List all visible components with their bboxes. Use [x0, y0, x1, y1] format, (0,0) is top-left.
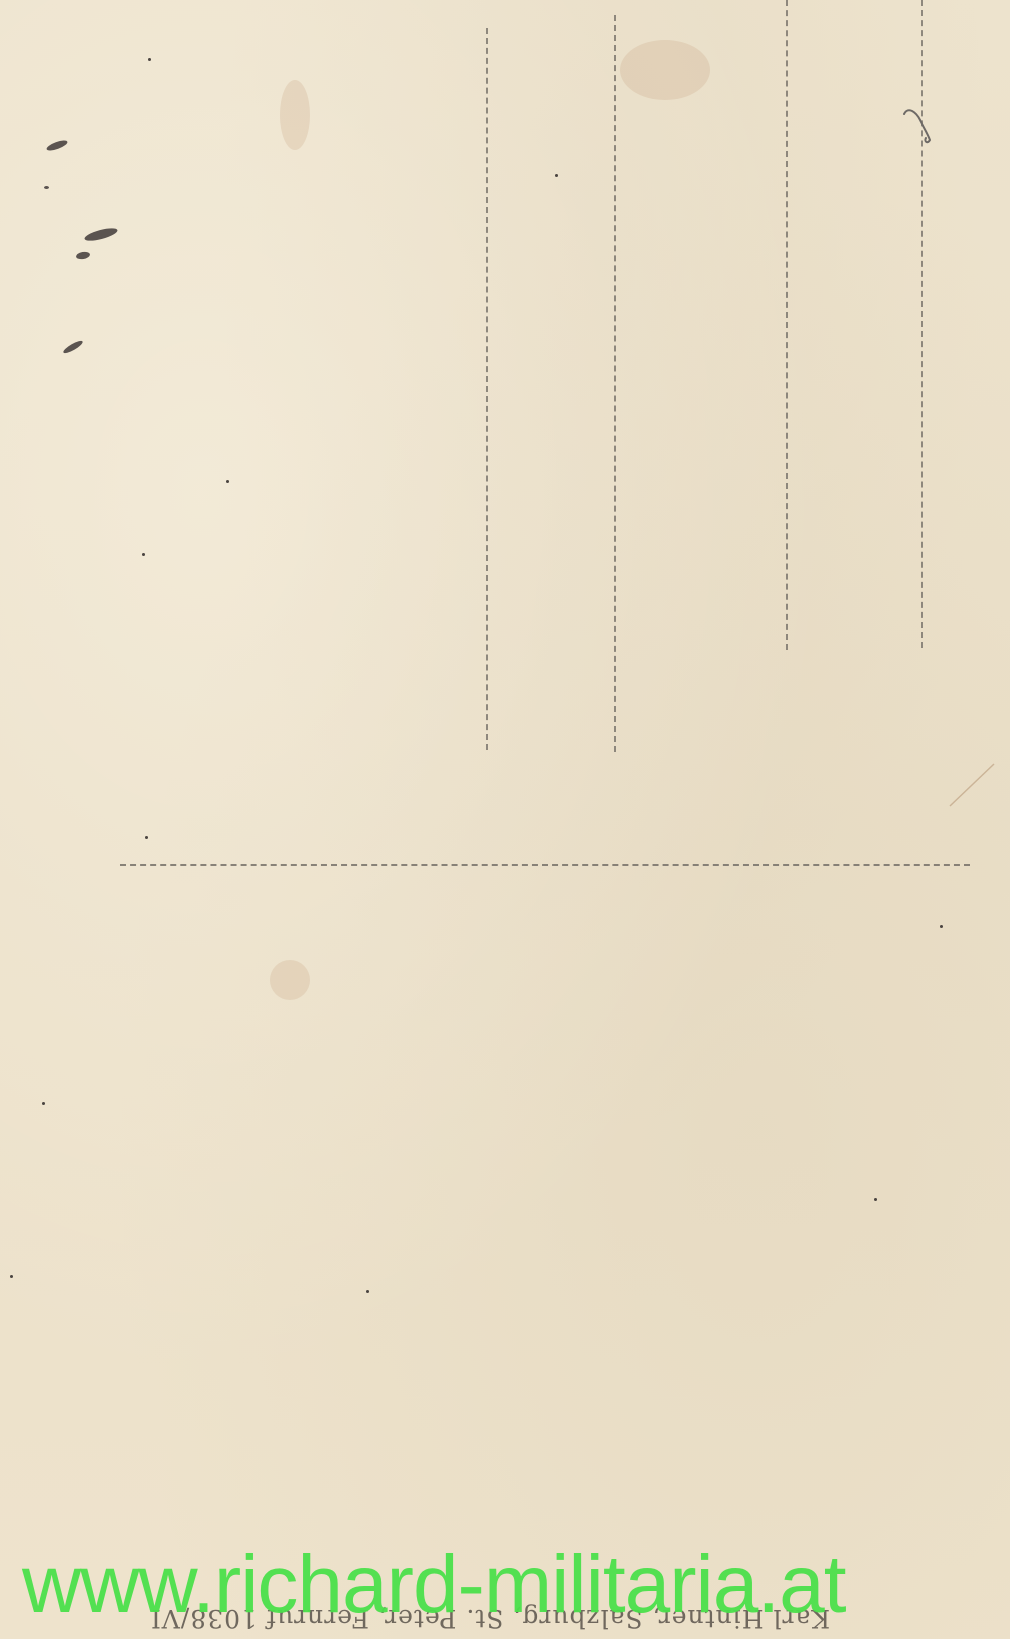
speck: [366, 1290, 369, 1293]
scratch-mark: [940, 760, 1000, 810]
speck: [874, 1198, 877, 1201]
speck: [940, 925, 943, 928]
stamp-box-line-2: [614, 15, 616, 752]
ink-mark: [45, 138, 68, 152]
ink-mark: [83, 226, 118, 243]
postcard-back: Karl Hintner, Salzburg, St. Peter, Fernr…: [0, 0, 1010, 1639]
speck: [555, 174, 558, 177]
stamp-box-line-4: [921, 0, 923, 648]
stamp-box-line-1: [486, 28, 488, 750]
speck: [142, 553, 145, 556]
speck: [145, 836, 148, 839]
ink-mark: [44, 186, 49, 189]
paper-stain: [270, 960, 310, 1000]
ink-mark: [62, 339, 84, 355]
paper-stain: [620, 40, 710, 100]
speck: [42, 1102, 45, 1105]
speck: [148, 58, 151, 61]
speck: [10, 1275, 13, 1278]
handwritten-mark-icon: [900, 108, 940, 146]
speck: [226, 480, 229, 483]
paper-stain: [280, 80, 310, 150]
ink-mark: [75, 251, 90, 260]
divider-line: [120, 864, 970, 866]
watermark-text: www.richard-militaria.at: [22, 1535, 1002, 1635]
stamp-box-line-3: [786, 0, 788, 650]
